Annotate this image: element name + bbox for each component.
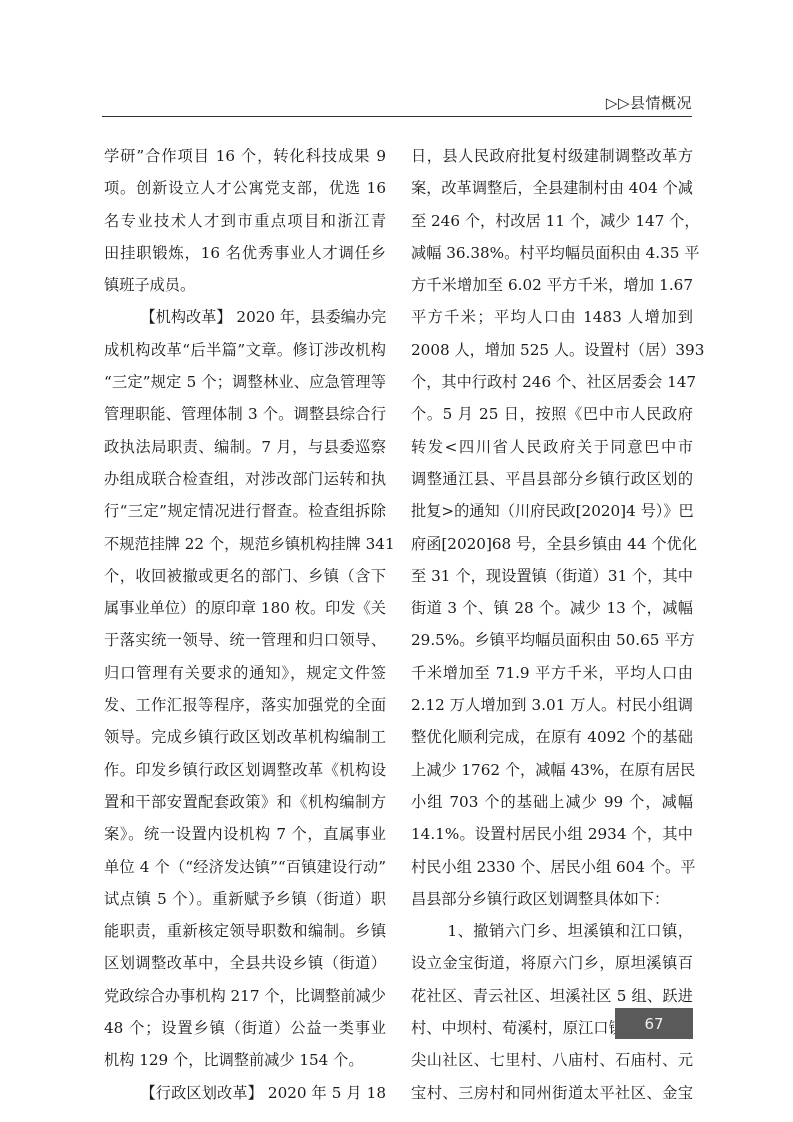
text-line: 设立金宝街道，将原六门乡，原坦溪镇百: [411, 947, 693, 979]
text-line: 宝村、三房村和同州街道太平社区、金宝: [411, 1077, 693, 1109]
section-title: ▷▷县情概况: [606, 92, 692, 113]
text-line: 发、工作汇报等程序，落实加强党的全面: [104, 689, 386, 721]
page-number: 67: [615, 1008, 693, 1039]
text-line: 案，改革调整后，全县建制村由 404 个减: [411, 172, 693, 204]
text-line: 成机构改革“后半篇”文章。修订涉改机构: [104, 334, 386, 366]
text-line: 上减少 1762 个，减幅 43%，在原有居民: [411, 754, 693, 786]
text-line: 机构 129 个，比调整前减少 154 个。: [104, 1044, 386, 1076]
text-line: 名专业技术人才到市重点项目和浙江青: [104, 205, 386, 237]
text-line: 办组成联合检查组，对涉改部门运转和执: [104, 463, 386, 495]
text-line: 置和干部安置配套政策》和《机构编制方: [104, 786, 386, 818]
text-line: 整优化顺利完成，在原有 4092 个的基础: [411, 721, 693, 753]
text-line: 尖山社区、七里村、八庙村、石庙村、元: [411, 1044, 693, 1076]
text-line: “三定”规定 5 个；调整林业、应急管理等: [104, 366, 386, 398]
running-header: ▷▷县情概况: [102, 92, 692, 117]
right-column: 日，县人民政府批复村级建制调整改革方 案，改革调整后，全县建制村由 404 个减…: [411, 140, 693, 1109]
text-line: 学研”合作项目 16 个，转化科技成果 9: [104, 140, 386, 172]
text-line: 2008 人，增加 525 人。设置村（居）393: [411, 334, 693, 366]
text-line: 政执法局职责、编制。7 月，与县委巡察: [104, 431, 386, 463]
text-line: 个。5 月 25 日，按照《巴中市人民政府: [411, 398, 693, 430]
text-line: 个，其中行政村 246 个、社区居委会 147: [411, 366, 693, 398]
text-line: 项。创新设立人才公寓党支部，优选 16: [104, 172, 386, 204]
text-line: 街道 3 个、镇 28 个。减少 13 个，减幅: [411, 592, 693, 624]
text-line: 调整通江县、平昌县部分乡镇行政区划的: [411, 463, 693, 495]
text-line: 至 246 个，村改居 11 个，减少 147 个，: [411, 205, 693, 237]
text-line: 管理职能、管理体制 3 个。调整县综合行: [104, 398, 386, 430]
list-item-line: 1、撤销六门乡、坦溪镇和江口镇，: [411, 915, 693, 947]
text-line: 减幅 36.38%。村平均幅员面积由 4.35 平: [411, 237, 693, 269]
text-line: 领导。完成乡镇行政区划改革机构编制工: [104, 721, 386, 753]
text-line: 平方千米；平均人口由 1483 人增加到: [411, 301, 693, 333]
text-line: 14.1%。设置村居民小组 2934 个，其中: [411, 818, 693, 850]
text-line: 作。印发乡镇行政区划调整改革《机构设: [104, 754, 386, 786]
text-line: 昌县部分乡镇行政区划调整具体如下：: [411, 883, 693, 915]
text-line: 至 31 个，现设置镇（街道）31 个，其中: [411, 560, 693, 592]
left-column: 学研”合作项目 16 个，转化科技成果 9 项。创新设立人才公寓党支部，优选 1…: [104, 140, 386, 1109]
text-line: 党政综合办事机构 217 个，比调整前减少: [104, 980, 386, 1012]
text-line: 行“三定”规定情况进行督查。检查组拆除: [104, 495, 386, 527]
text-line: 日，县人民政府批复村级建制调整改革方: [411, 140, 693, 172]
section-heading-line: 【机构改革】 2020 年，县委编办完: [104, 301, 386, 333]
text-line: 案》。统一设置内设机构 7 个，直属事业: [104, 818, 386, 850]
text-line: 属事业单位）的原印章 180 枚。印发《关: [104, 592, 386, 624]
text-line: 转发<四川省人民政府关于同意巴中市: [411, 431, 693, 463]
text-line: 29.5%。乡镇平均幅员面积由 50.65 平方: [411, 624, 693, 656]
text-line: 千米增加至 71.9 平方千米，平均人口由: [411, 657, 693, 689]
text-line: 村民小组 2330 个、居民小组 604 个。平: [411, 851, 693, 883]
text-line: 府函[2020]68 号，全县乡镇由 44 个优化: [411, 528, 693, 560]
text-line: 单位 4 个（“经济发达镇”“百镇建设行动”: [104, 851, 386, 883]
section-heading-line: 【行政区划改革】 2020 年 5 月 18: [104, 1077, 386, 1109]
text-line: 区划调整改革中，全县共设乡镇（街道）: [104, 947, 386, 979]
text-line: 于落实统一领导、统一管理和归口领导、: [104, 624, 386, 656]
text-line: 小组 703 个的基础上减少 99 个，减幅: [411, 786, 693, 818]
text-line: 批复>的通知（川府民政[2020]4 号）》巴: [411, 495, 693, 527]
text-line: 镇班子成员。: [104, 269, 386, 301]
text-line: 个，收回被撤或更名的部门、乡镇（含下: [104, 560, 386, 592]
text-line: 归口管理有关要求的通知》，规定文件签: [104, 657, 386, 689]
text-line: 48 个；设置乡镇（街道）公益一类事业: [104, 1012, 386, 1044]
text-line: 不规范挂牌 22 个，规范乡镇机构挂牌 341: [104, 528, 386, 560]
text-line: 2.12 万人增加到 3.01 万人。村民小组调: [411, 689, 693, 721]
text-line: 能职责，重新核定领导职数和编制。乡镇: [104, 915, 386, 947]
text-line: 试点镇 5 个）。重新赋予乡镇（街道）职: [104, 883, 386, 915]
text-line: 方千米增加至 6.02 平方千米，增加 1.67: [411, 269, 693, 301]
text-line: 田挂职锻炼，16 名优秀事业人才调任乡: [104, 237, 386, 269]
